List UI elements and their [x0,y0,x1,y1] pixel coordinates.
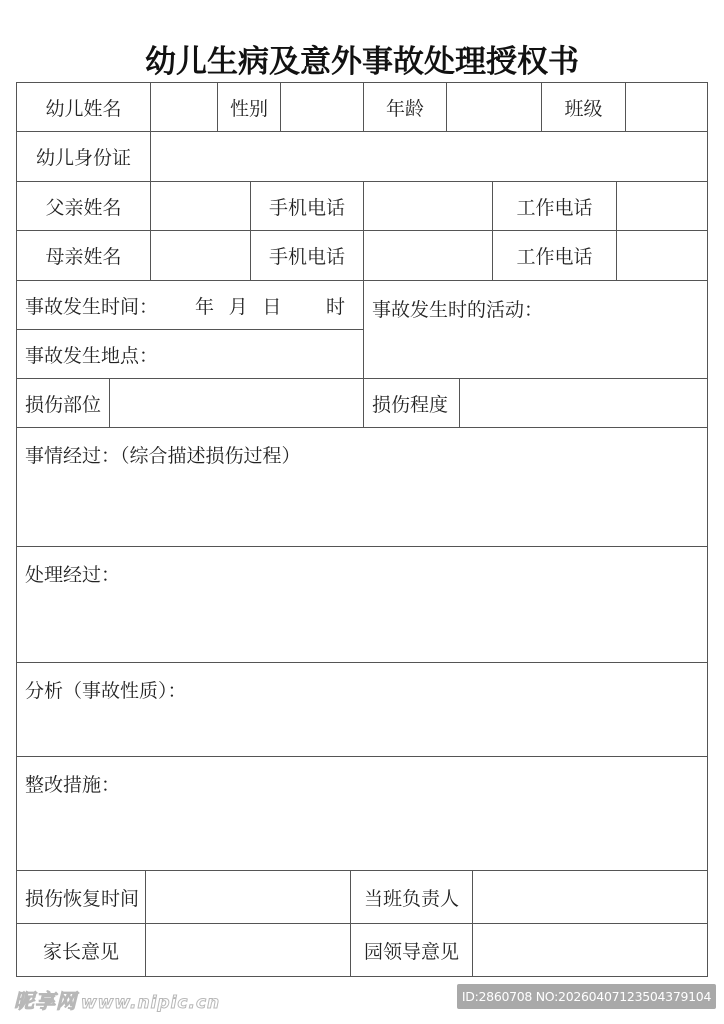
document-title: 幼儿生病及意外事故处理授权书 [0,36,724,81]
accident-place-label: 事故发生地点： [25,341,158,368]
analysis-label: 分析（事故性质）： [25,676,187,703]
father-name-field[interactable] [150,181,251,231]
handling-process-field[interactable]: 处理经过： [16,546,708,663]
incident-description-label: 事情经过：（综合描述损伤过程） [25,441,301,468]
child-id-label: 幼儿身份证 [16,131,151,182]
accident-activity-label: 事故发生时的活动： [372,295,543,322]
accident-activity-field[interactable]: 事故发生时的活动： [363,280,708,379]
label-text: 幼儿身份证 [36,143,131,170]
age-field[interactable] [446,82,542,132]
analysis-field[interactable]: 分析（事故性质）： [16,662,708,757]
mother-mobile-label: 手机电话 [250,230,364,281]
incident-description-field[interactable]: 事情经过：（综合描述损伤过程） [16,427,708,547]
accident-place-field[interactable]: 事故发生地点： [16,329,364,379]
year-unit: 年 [195,292,214,319]
handling-process-label: 处理经过： [25,560,120,587]
label-text: 损伤部位 [25,390,101,417]
label-text: 家长意见 [43,937,119,964]
watermark-logo-text: 昵享网 [14,989,77,1013]
child-name-label: 幼儿姓名 [16,82,151,132]
label-text: 工作电话 [516,193,592,220]
label-text: 年龄 [386,94,424,121]
watermark-id-badge: ID:2860708 NO:20260407123504379104 [457,984,716,1009]
label-text: 班级 [564,94,602,121]
recovery-time-field[interactable] [145,870,351,924]
class-label: 班级 [541,82,626,132]
rectification-field[interactable]: 整改措施： [16,756,708,871]
injury-severity-field[interactable] [459,378,708,428]
hour-unit: 时 [326,292,345,319]
father-name-label: 父亲姓名 [16,181,151,231]
label-text: 损伤恢复时间 [25,884,139,911]
injury-location-label: 损伤部位 [16,378,110,428]
mother-work-phone-field[interactable] [616,230,708,281]
label-text: 父亲姓名 [45,193,121,220]
gender-field[interactable] [280,82,364,132]
father-mobile-field[interactable] [363,181,493,231]
day-unit: 日 [262,292,281,319]
mother-mobile-field[interactable] [363,230,493,281]
label-text: 园领导意见 [364,937,459,964]
label-text: 损伤程度 [372,390,448,417]
child-name-field[interactable] [150,82,218,132]
child-id-field[interactable] [150,131,708,182]
label-text: 当班负责人 [364,884,459,911]
mother-work-phone-label: 工作电话 [492,230,617,281]
rectification-label: 整改措施： [25,770,120,797]
watermark-logo: 昵享网www.nipic.cn [14,985,220,1014]
label-text: 性别 [230,94,268,121]
month-unit: 月 [229,292,248,319]
leader-opinion-field[interactable] [472,923,708,977]
parent-opinion-label: 家长意见 [16,923,146,977]
watermark-url: www.nipic.cn [81,993,220,1013]
age-label: 年龄 [363,82,447,132]
teacher-on-duty-label: 当班负责人 [350,870,473,924]
father-work-phone-label: 工作电话 [492,181,617,231]
accident-time-field[interactable]: 事故发生时间： 年 月 日 时 [16,280,364,330]
label-text: 手机电话 [269,242,345,269]
parent-opinion-field[interactable] [145,923,351,977]
father-mobile-label: 手机电话 [250,181,364,231]
gender-label: 性别 [217,82,281,132]
injury-severity-label: 损伤程度 [363,378,460,428]
recovery-time-label: 损伤恢复时间 [16,870,146,924]
accident-time-units: 年 月 日 时 [195,292,345,319]
label-text: 幼儿姓名 [45,94,121,121]
mother-name-field[interactable] [150,230,251,281]
mother-name-label: 母亲姓名 [16,230,151,281]
label-text: 手机电话 [269,193,345,220]
injury-location-field[interactable] [109,378,364,428]
teacher-on-duty-field[interactable] [472,870,708,924]
leader-opinion-label: 园领导意见 [350,923,473,977]
label-text: 工作电话 [516,242,592,269]
class-field[interactable] [625,82,708,132]
accident-time-label: 事故发生时间： [25,292,158,319]
label-text: 母亲姓名 [45,242,121,269]
father-work-phone-field[interactable] [616,181,708,231]
